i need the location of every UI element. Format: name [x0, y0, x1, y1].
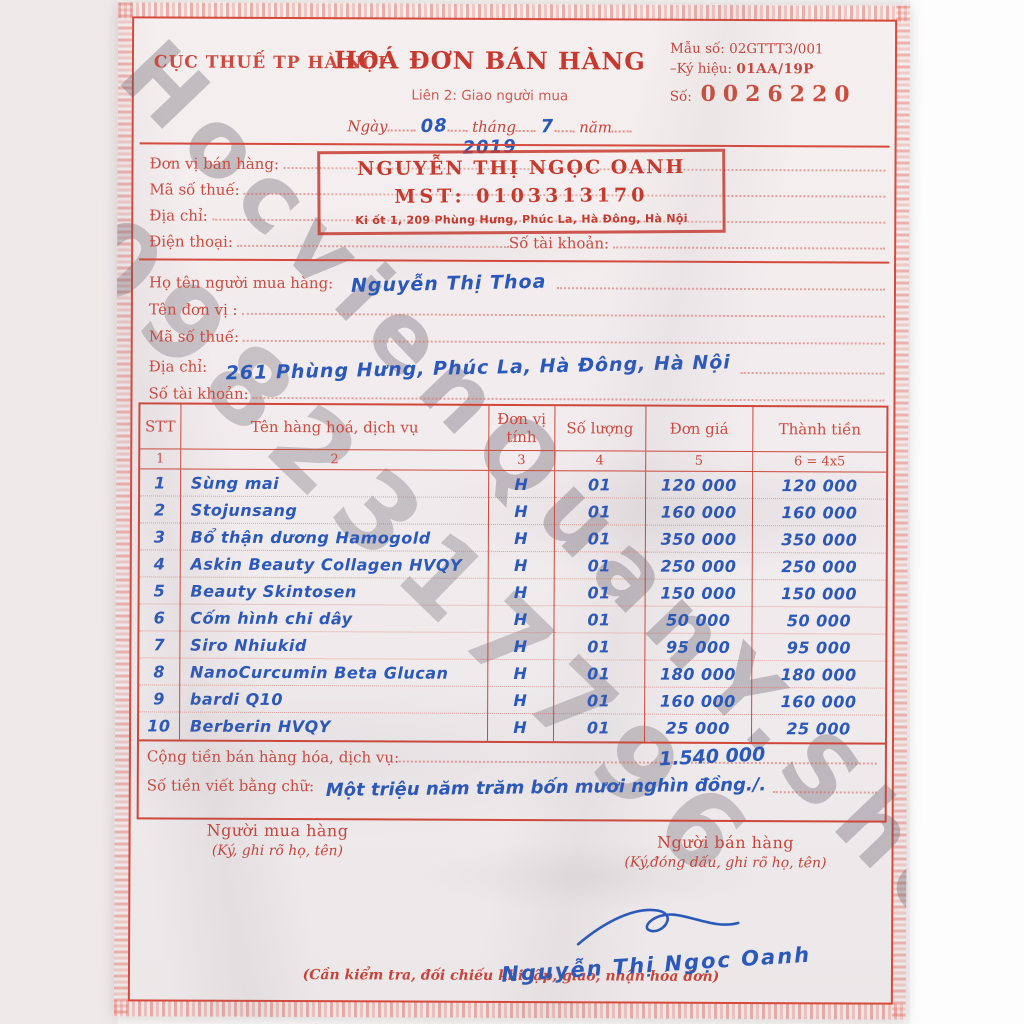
date-month-handwritten: 7 [541, 116, 555, 137]
seller-account-label: Số tài khoản: [509, 234, 613, 252]
number-label: Số: [670, 89, 692, 105]
seller-signature-subtitle: (Ký,đóng dấu, ghi rõ họ, tên) [624, 854, 826, 871]
symbol-value: 01AA/19P [736, 61, 814, 77]
buyer-name-line: Họ tên người mua hàng:Nguyễn Thị Thoa [149, 264, 885, 294]
stamp-tax-id: MST: 0103313170 [328, 184, 714, 208]
buyer-signature-title: Người mua hàng [207, 821, 349, 841]
copy-line: Liên 2: Giao người mua [320, 87, 660, 104]
form-label: Mẫu số: [670, 41, 725, 57]
dotted-leader [612, 120, 632, 132]
form-number: 02GTTT3/001 [729, 41, 823, 57]
symbol-line: –Ký hiệu: 01AA/19P [670, 61, 886, 78]
seller-stamp: NGUYỄN THỊ NGỌC OANH MST: 0103313170 Ki … [317, 149, 726, 235]
seller-phone-label: Điện thoại: [149, 232, 237, 250]
buyer-name-handwritten: Nguyễn Thị Thoa [351, 271, 547, 297]
dotted-leader [516, 120, 536, 132]
invoice-paper: HocvienQuanY.Shop 0982317796 CỤC THUẾ TP… [114, 2, 910, 1019]
buyer-signature-block: Người mua hàng (Ký, ghi rõ họ, tên) [206, 821, 348, 860]
dotted-leader [447, 120, 467, 132]
stamp-address: Ki ốt 1, 209 Phùng Hưng, Phúc La, Hà Đôn… [329, 212, 715, 227]
dotted-leader [387, 119, 415, 131]
seller-signature-handwritten: Nguyễn Thị Ngọc Oanh [456, 900, 856, 978]
invoice-content: CỤC THUẾ TP HÀ NỘI HOÁ ĐƠN BÁN HÀNG Liên… [136, 18, 890, 1001]
stamp-seller-name: NGUYỄN THỊ NGỌC OANH [328, 156, 714, 180]
dotted-leader [554, 120, 574, 132]
photo-background: HocvienQuanY.Shop 0982317796 CỤC THUẾ TP… [0, 0, 1024, 1024]
seller-tax-label: Mã số thuế: [149, 180, 243, 198]
signature-flourish-icon [566, 900, 746, 953]
invoice-meta: Mẫu số: 02GTTT3/001 –Ký hiệu: 01AA/19P S… [670, 41, 886, 112]
buyer-unit-line: Tên đơn vị : [149, 291, 885, 321]
signature-section: Người mua hàng (Ký, ghi rõ họ, tên) Ngườ… [136, 338, 889, 1019]
dotted-leader [557, 287, 885, 290]
date-day-handwritten: 08 [420, 115, 448, 137]
buyer-unit-label: Tên đơn vị : [149, 300, 242, 318]
date-label-year: năm [579, 118, 612, 136]
section-divider [139, 258, 889, 263]
invoice-number: 0026220 [700, 81, 856, 108]
symbol-label: –Ký hiệu: [670, 61, 732, 77]
dotted-leader [237, 245, 509, 248]
date-label-month: tháng [472, 118, 516, 136]
buyer-name-label: Họ tên người mua hàng: [149, 273, 337, 292]
buyer-signature-subtitle: (Ký, ghi rõ họ, tên) [206, 843, 348, 860]
seller-unit-label: Đơn vị bán hàng: [149, 154, 283, 173]
seller-signature-block: Người bán hàng (Ký,đóng dấu, ghi rõ họ, … [624, 832, 826, 871]
date-label-day: Ngày [347, 117, 387, 135]
seller-addr-label: Địa chỉ: [149, 206, 212, 224]
invoice-title: HOÁ ĐƠN BÁN HÀNG [320, 45, 660, 75]
printer-credit: In tại Công ty cổ phần in Tài chính - ĐT… [909, 307, 910, 907]
number-line: Số: 0026220 [670, 81, 886, 108]
form-number-line: Mẫu số: 02GTTT3/001 [670, 41, 886, 58]
dotted-leader [613, 246, 885, 249]
dotted-leader [242, 313, 885, 318]
seller-signature-title: Người bán hàng [624, 832, 826, 852]
